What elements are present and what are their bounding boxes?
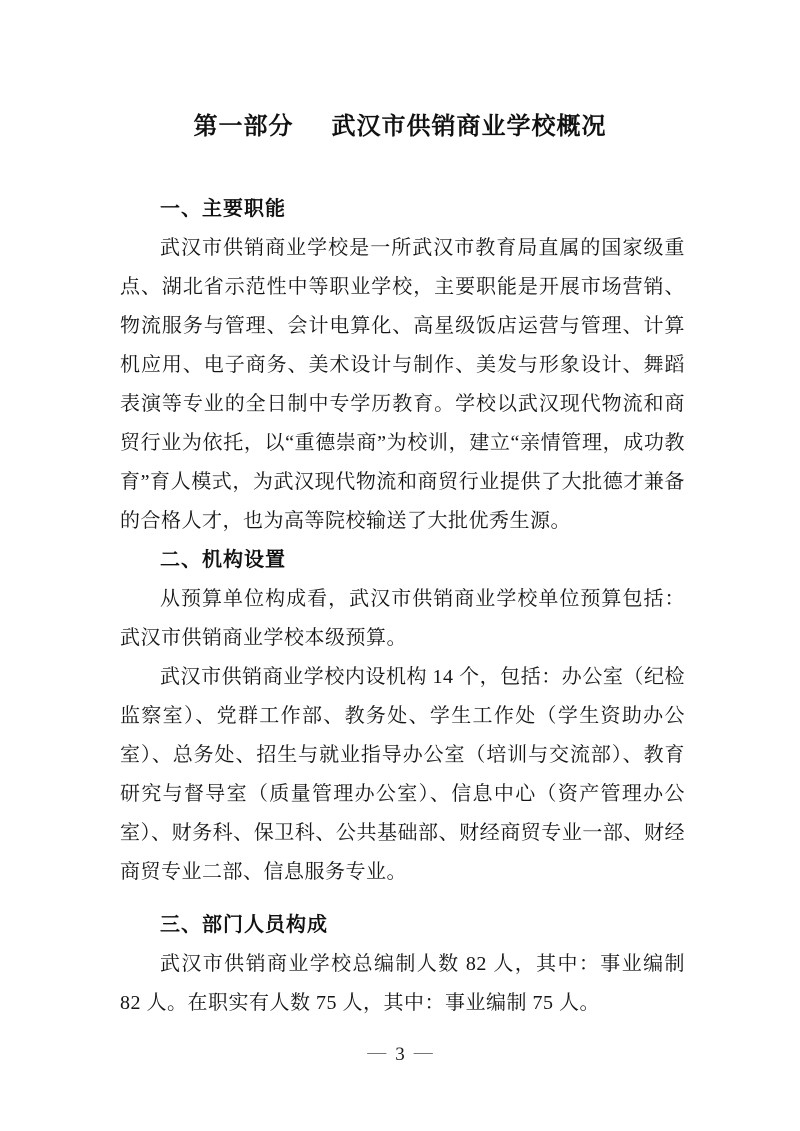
footer-dash-right: — [414,1042,433,1063]
page-footer: —3— [0,1044,800,1066]
footer-page-number: 3 [395,1044,405,1065]
document-page: 第一部分武汉市供销商业学校概况 一、主要职能 武汉市供销商业学校是一所武汉市教育… [0,0,800,1131]
page-title-part2: 武汉市供销商业学校概况 [332,113,607,140]
page-title: 第一部分武汉市供销商业学校概况 [0,0,800,144]
paragraph: 从预算单位构成看，武汉市供销商业学校单位预算包括：武汉市供销商业学校本级预算。 [120,580,685,658]
section-main-functions: 一、主要职能 武汉市供销商业学校是一所武汉市教育局直属的国家级重点、湖北省示范性… [120,190,685,541]
section-heading-main-functions: 一、主要职能 [120,190,685,229]
page-title-part1: 第一部分 [194,113,294,140]
paragraph: 武汉市供销商业学校内设机构 14 个，包括：办公室（纪检监察室）、党群工作部、教… [120,658,685,892]
section-personnel: 三、部门人员构成 武汉市供销商业学校总编制人数 82 人，其中：事业编制 82 … [120,906,685,1023]
document-body: 一、主要职能 武汉市供销商业学校是一所武汉市教育局直属的国家级重点、湖北省示范性… [0,190,800,1023]
section-heading-organization: 二、机构设置 [120,541,685,580]
footer-dash-left: — [367,1042,386,1063]
paragraph: 武汉市供销商业学校是一所武汉市教育局直属的国家级重点、湖北省示范性中等职业学校，… [120,229,685,541]
section-organization: 二、机构设置 从预算单位构成看，武汉市供销商业学校单位预算包括：武汉市供销商业学… [120,541,685,892]
paragraph: 武汉市供销商业学校总编制人数 82 人，其中：事业编制 82 人。在职实有人数 … [120,945,685,1023]
section-heading-personnel: 三、部门人员构成 [120,906,685,945]
